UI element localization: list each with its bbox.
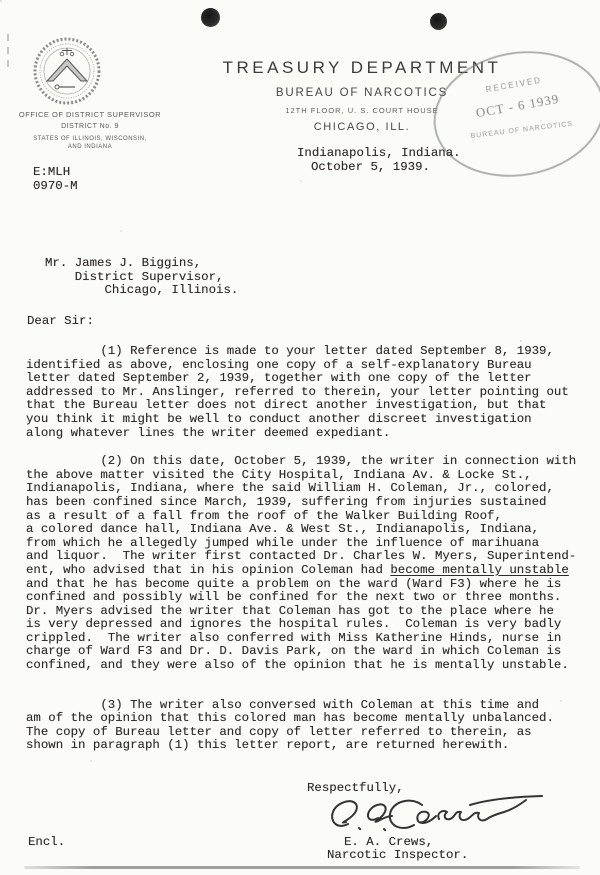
paragraph-2-underlined-phrase: become mentally unstable — [390, 563, 568, 577]
office-line4: AND INDIANA — [0, 144, 180, 150]
scan-specks — [0, 0, 2, 2]
ink-blot-left — [201, 8, 220, 27]
letter-date: October 5, 1939. — [311, 160, 430, 174]
signature-title: Narcotic Inspector. — [327, 848, 468, 862]
office-line3: STATES OF ILLINOIS, WISCONSIN, — [0, 136, 180, 142]
reference-codes: E:MLH 0970-M — [33, 165, 78, 193]
scanned-letter-page: OFFICE OF DISTRICT SUPERVISOR DISTRICT N… — [0, 0, 600, 875]
office-block: OFFICE OF DISTRICT SUPERVISOR DISTRICT N… — [0, 110, 180, 150]
office-line2: DISTRICT No. 9 — [0, 123, 180, 130]
signature-typed-name: E. A. Crews, — [344, 835, 433, 849]
treasury-seal-icon — [32, 36, 102, 106]
letter-place: Indianapolis, Indiana. — [297, 146, 461, 160]
pencil-marks — [7, 34, 11, 74]
paragraph-2-text: (2) On this date, October 5, 1939, the w… — [26, 454, 576, 577]
paragraph-1: (1) Reference is made to your letter dat… — [26, 345, 596, 440]
enclosure-note: Encl. — [28, 835, 65, 849]
scan-edge-shadow — [24, 866, 580, 869]
paragraph-3: (3) The writer also conversed with Colem… — [26, 699, 596, 753]
paragraph-2: (2) On this date, October 5, 1939, the w… — [26, 455, 596, 673]
letter-body: (1) Reference is made to your letter dat… — [26, 345, 596, 753]
recipient-address: Mr. James J. Biggins, District Superviso… — [45, 257, 238, 298]
handwritten-signature — [318, 792, 558, 838]
office-line1: OFFICE OF DISTRICT SUPERVISOR — [0, 110, 180, 119]
ink-blot-right — [430, 13, 447, 30]
salutation: Dear Sir: — [27, 314, 94, 328]
paragraph-2-text-continued: and that he has become quite a problem o… — [26, 577, 569, 673]
